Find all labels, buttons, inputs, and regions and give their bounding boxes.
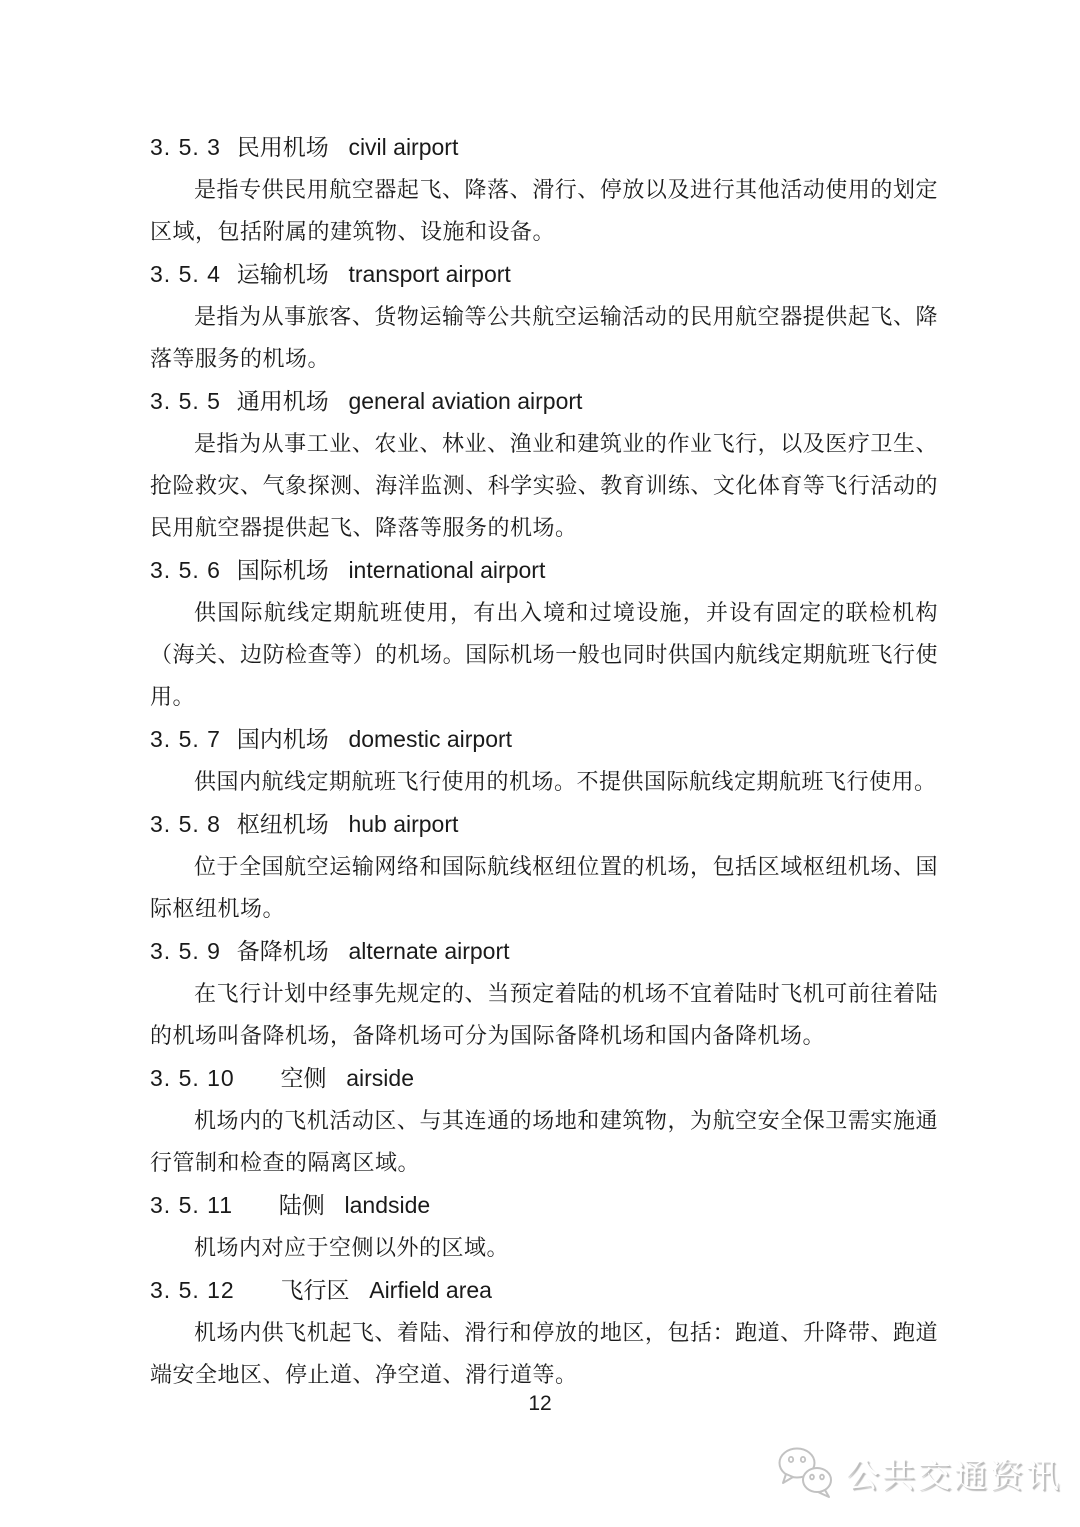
term-heading: 3. 5. 9 备降机场 alternate airport — [150, 930, 938, 973]
term-heading: 3. 5. 10 空侧 airside — [150, 1057, 938, 1100]
brand-watermark: 公共交通资讯 — [776, 1445, 1062, 1501]
term-section-3-5-11: 3. 5. 11 陆侧 landside 机场内对应于空侧以外的区域。 — [150, 1184, 938, 1269]
term-number: 3. 5. 11 — [150, 1192, 233, 1218]
term-name-en: general aviation airport — [348, 388, 582, 414]
term-definition: 机场内供飞机起飞、着陆、滑行和停放的地区，包括：跑道、升降带、跑道端安全地区、停… — [150, 1312, 938, 1396]
term-number: 3. 5. 6 — [150, 557, 221, 583]
term-definition: 机场内的飞机活动区、与其连通的场地和建筑物，为航空安全保卫需实施通行管制和检查的… — [150, 1100, 938, 1184]
term-section-3-5-6: 3. 5. 6 国际机场 international airport 供国际航线… — [150, 549, 938, 718]
term-definition: 是指为从事旅客、货物运输等公共航空运输活动的民用航空器提供起飞、降落等服务的机场… — [150, 296, 938, 380]
term-section-3-5-10: 3. 5. 10 空侧 airside 机场内的飞机活动区、与其连通的场地和建筑… — [150, 1057, 938, 1184]
term-definition: 机场内对应于空侧以外的区域。 — [150, 1227, 938, 1269]
term-name-zh: 运输机场 — [237, 262, 329, 287]
term-heading: 3. 5. 12 飞行区 Airfield area — [150, 1269, 938, 1312]
term-name-en: alternate airport — [348, 938, 509, 964]
term-definition: 是指专供民用航空器起飞、降落、滑行、停放以及进行其他活动使用的划定区域，包括附属… — [150, 169, 938, 253]
term-definition: 供国内航线定期航班飞行使用的机场。不提供国际航线定期航班飞行使用。 — [150, 761, 938, 803]
term-section-3-5-5: 3. 5. 5 通用机场 general aviation airport 是指… — [150, 380, 938, 549]
term-definition: 供国际航线定期航班使用，有出入境和过境设施，并设有固定的联检机构（海关、边防检查… — [150, 592, 938, 718]
term-number: 3. 5. 4 — [150, 261, 221, 287]
wechat-icon — [776, 1445, 836, 1501]
term-heading: 3. 5. 4 运输机场 transport airport — [150, 253, 938, 296]
term-number: 3. 5. 5 — [150, 388, 221, 414]
term-definition: 位于全国航空运输网络和国际航线枢纽位置的机场，包括区域枢纽机场、国际枢纽机场。 — [150, 846, 938, 930]
term-number: 3. 5. 9 — [150, 938, 221, 964]
term-heading: 3. 5. 5 通用机场 general aviation airport — [150, 380, 938, 423]
term-section-3-5-8: 3. 5. 8 枢纽机场 hub airport 位于全国航空运输网络和国际航线… — [150, 803, 938, 930]
document-page: 3. 5. 3 民用机场 civil airport 是指专供民用航空器起飞、降… — [0, 0, 1080, 1527]
term-name-en: transport airport — [348, 261, 510, 287]
term-number: 3. 5. 7 — [150, 726, 221, 752]
term-number: 3. 5. 12 — [150, 1277, 235, 1303]
term-section-3-5-7: 3. 5. 7 国内机场 domestic airport 供国内航线定期航班飞… — [150, 718, 938, 803]
term-heading: 3. 5. 11 陆侧 landside — [150, 1184, 938, 1227]
term-name-zh: 通用机场 — [237, 389, 329, 414]
term-name-en: landside — [345, 1192, 431, 1218]
term-name-zh: 空侧 — [280, 1066, 326, 1091]
term-name-en: hub airport — [348, 811, 458, 837]
term-name-zh: 备降机场 — [237, 939, 329, 964]
term-name-zh: 国际机场 — [237, 558, 329, 583]
term-section-3-5-4: 3. 5. 4 运输机场 transport airport 是指为从事旅客、货… — [150, 253, 938, 380]
term-name-zh: 民用机场 — [237, 135, 329, 160]
term-name-en: civil airport — [348, 134, 458, 160]
term-name-zh: 飞行区 — [280, 1278, 349, 1303]
term-name-en: domestic airport — [348, 726, 512, 752]
term-section-3-5-9: 3. 5. 9 备降机场 alternate airport 在飞行计划中经事先… — [150, 930, 938, 1057]
term-name-zh: 陆侧 — [279, 1193, 325, 1218]
terms-list: 3. 5. 3 民用机场 civil airport 是指专供民用航空器起飞、降… — [150, 126, 938, 1396]
term-name-en: international airport — [348, 557, 545, 583]
page-number: 12 — [0, 1392, 1080, 1416]
brand-watermark-label: 公共交通资讯 — [846, 1450, 1062, 1497]
term-name-en: Airfield area — [369, 1277, 492, 1303]
term-number: 3. 5. 8 — [150, 811, 221, 837]
term-name-en: airside — [346, 1065, 414, 1091]
term-heading: 3. 5. 6 国际机场 international airport — [150, 549, 938, 592]
term-section-3-5-3: 3. 5. 3 民用机场 civil airport 是指专供民用航空器起飞、降… — [150, 126, 938, 253]
term-name-zh: 国内机场 — [237, 727, 329, 752]
term-section-3-5-12: 3. 5. 12 飞行区 Airfield area 机场内供飞机起飞、着陆、滑… — [150, 1269, 938, 1396]
term-definition: 在飞行计划中经事先规定的、当预定着陆的机场不宜着陆时飞机可前往着陆的机场叫备降机… — [150, 973, 938, 1057]
term-heading: 3. 5. 8 枢纽机场 hub airport — [150, 803, 938, 846]
term-definition: 是指为从事工业、农业、林业、渔业和建筑业的作业飞行，以及医疗卫生、抢险救灾、气象… — [150, 423, 938, 549]
term-name-zh: 枢纽机场 — [237, 812, 329, 837]
term-number: 3. 5. 3 — [150, 134, 221, 160]
term-number: 3. 5. 10 — [150, 1065, 235, 1091]
term-heading: 3. 5. 3 民用机场 civil airport — [150, 126, 938, 169]
term-heading: 3. 5. 7 国内机场 domestic airport — [150, 718, 938, 761]
